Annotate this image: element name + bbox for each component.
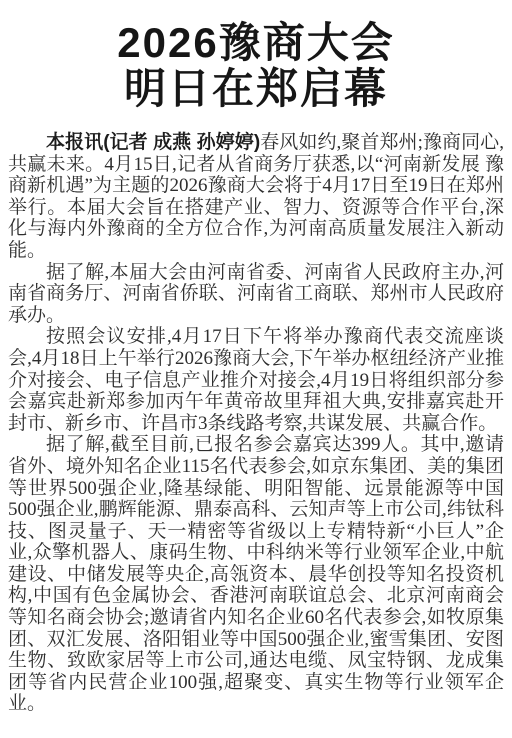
article-headline: 2026豫商大会 明日在郑启幕	[6, 20, 506, 112]
paragraph-organizers-text: 据了解,本届大会由河南省委、河南省人民政府主办,河南省商务厅、河南省侨联、河南省…	[8, 262, 504, 326]
headline-line-1: 2026豫商大会	[6, 20, 506, 66]
newspaper-page: 2026豫商大会 明日在郑启幕 本报讯(记者 成燕 孙婷婷)春风如约,聚首郑州;…	[0, 0, 512, 738]
paragraph-organizers: 据了解,本届大会由河南省委、河南省人民政府主办,河南省商务厅、河南省侨联、河南省…	[8, 262, 504, 327]
headline-line-2: 明日在郑启幕	[6, 66, 506, 112]
byline: 本报讯(记者 成燕 孙婷婷)	[46, 132, 260, 153]
paragraph-schedule-text: 按照会议安排,4月17日下午将举办豫商代表交流座谈会,4月18日上午举行2026…	[8, 326, 504, 433]
paragraph-intro: 本报讯(记者 成燕 孙婷婷)春风如约,聚首郑州;豫商同心,共赢未来。4月15日,…	[8, 132, 504, 262]
paragraph-schedule: 按照会议安排,4月17日下午将举办豫商代表交流座谈会,4月18日上午举行2026…	[8, 326, 504, 434]
paragraph-attendees: 据了解,截至目前,已报名参会嘉宾达399人。其中,邀请省外、境外知名企业115名…	[8, 434, 504, 715]
article-body: 本报讯(记者 成燕 孙婷婷)春风如约,聚首郑州;豫商同心,共赢未来。4月15日,…	[0, 132, 512, 715]
paragraph-attendees-text: 据了解,截至目前,已报名参会嘉宾达399人。其中,邀请省外、境外知名企业115名…	[8, 434, 504, 714]
